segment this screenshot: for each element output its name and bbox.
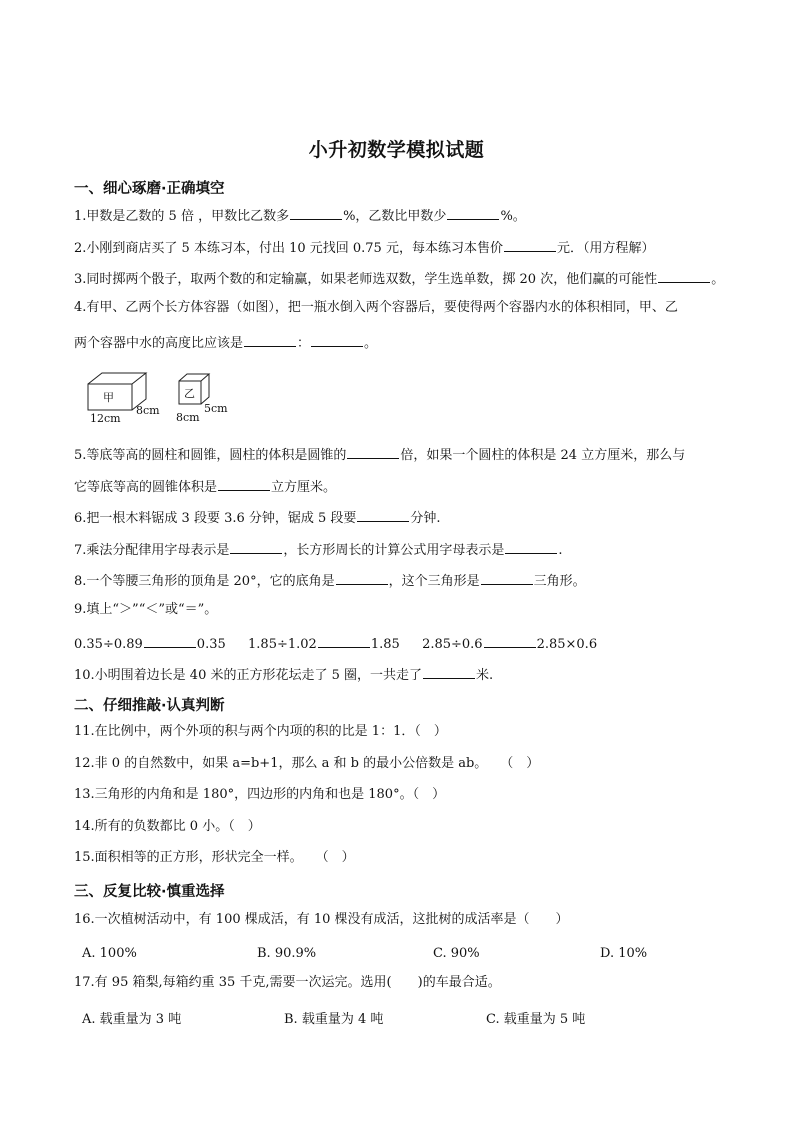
answer-blank[interactable] bbox=[290, 206, 342, 220]
q3-text: 。 bbox=[711, 272, 724, 287]
answer-blank[interactable] bbox=[318, 634, 370, 648]
box2-depth: 5cm bbox=[204, 402, 228, 415]
q16-option-a[interactable]: A. 100% bbox=[82, 946, 137, 961]
question-7: 7.乘法分配律用字母表示是，长方形周长的计算公式用字母表示是. bbox=[74, 540, 563, 559]
expression: 1.85 bbox=[371, 637, 400, 652]
q4-text: 两个容器中水的高度比应该是 bbox=[74, 336, 243, 351]
q4-text: ： bbox=[297, 336, 310, 351]
box1-depth: 8cm bbox=[136, 404, 160, 417]
question-14: 14.所有的负数都比 0 小。（ ） bbox=[74, 819, 261, 835]
question-10: 10.小明围着边长是 40 米的正方形花坛走了 5 圈，一共走了米. bbox=[74, 665, 493, 684]
question-9-expressions: 0.35÷0.890.35 1.85÷1.021.85 2.85÷0.62.85… bbox=[74, 634, 597, 653]
q16-option-d[interactable]: D. 10% bbox=[600, 946, 647, 961]
answer-blank[interactable] bbox=[144, 634, 196, 648]
box2-label: 乙 bbox=[184, 385, 195, 401]
section-heading-fill-blank: 一、细心琢磨·正确填空 bbox=[74, 177, 225, 198]
q8-text: 8.一个等腰三角形的顶角是 20°，它的底角是 bbox=[74, 574, 335, 589]
q17-option-a[interactable]: A. 载重量为 3 吨 bbox=[82, 1008, 181, 1027]
page-title: 小升初数学模拟试题 bbox=[0, 135, 793, 162]
question-12: 12.非 0 的自然数中，如果 a=b+1，那么 a 和 b 的最小公倍数是 a… bbox=[74, 756, 539, 772]
box1-label: 甲 bbox=[103, 389, 114, 405]
q5-text: 5.等底等高的圆柱和圆锥，圆柱的体积是圆锥的 bbox=[74, 448, 346, 463]
q1-text: %。 bbox=[500, 209, 525, 224]
q5-text: 立方厘米。 bbox=[271, 480, 336, 495]
q10-text: 10.小明围着边长是 40 米的正方形花坛走了 5 圈，一共走了 bbox=[74, 668, 422, 683]
q10-text: 米. bbox=[476, 668, 493, 683]
q16-option-b[interactable]: B. 90.9% bbox=[257, 946, 316, 961]
question-3: 3.同时掷两个骰子，取两个数的和定输赢，如果老师选双数，学生选单数，掷 20 次… bbox=[74, 269, 724, 288]
q16-option-c[interactable]: C. 90% bbox=[433, 946, 480, 961]
expression: 2.85÷0.6 bbox=[422, 637, 483, 652]
box1-width: 12cm bbox=[90, 412, 121, 425]
answer-blank[interactable] bbox=[505, 540, 557, 554]
q2-text: 2.小刚到商店买了 5 本练习本，付出 10 元找回 0.75 元，每本练习本售… bbox=[74, 241, 503, 256]
q2-text: 元．（用方程解） bbox=[557, 241, 655, 256]
container-figure: 甲 12cm 8cm 乙 8cm 5cm bbox=[82, 367, 242, 427]
box2-width: 8cm bbox=[176, 411, 200, 424]
q7-text: ，长方形周长的计算公式用字母表示是 bbox=[283, 543, 504, 558]
answer-blank[interactable] bbox=[336, 571, 388, 585]
q7-text: . bbox=[558, 543, 562, 558]
q8-text: ，这个三角形是 bbox=[389, 574, 480, 589]
answer-blank[interactable] bbox=[357, 508, 409, 522]
q6-text: 分钟. bbox=[410, 511, 440, 526]
question-11: 11.在比例中，两个外项的积与两个内项的积的比是 1：1．（ ） bbox=[74, 724, 447, 740]
question-16: 16.一次植树活动中，有 100 棵成活，有 10 棵没有成活，这批树的成活率是… bbox=[74, 912, 569, 928]
q5-text: 倍，如果一个圆柱的体积是 24 立方厘米，那么与 bbox=[400, 448, 685, 463]
q1-text: %，乙数比甲数少 bbox=[343, 209, 446, 224]
question-17: 17.有 95 箱梨,每箱约重 35 千克,需要一次运完。选用( )的车最合适。 bbox=[74, 975, 501, 991]
q4-text: 。 bbox=[364, 336, 377, 351]
expression: 1.85÷1.02 bbox=[248, 637, 317, 652]
question-2: 2.小刚到商店买了 5 本练习本，付出 10 元找回 0.75 元，每本练习本售… bbox=[74, 238, 654, 257]
answer-blank[interactable] bbox=[481, 571, 533, 585]
q17-option-c[interactable]: C. 载重量为 5 吨 bbox=[486, 1008, 585, 1027]
q8-text: 三角形。 bbox=[534, 574, 586, 589]
question-5-line1: 5.等底等高的圆柱和圆锥，圆柱的体积是圆锥的倍，如果一个圆柱的体积是 24 立方… bbox=[74, 445, 685, 464]
q7-text: 7.乘法分配律用字母表示是 bbox=[74, 543, 229, 558]
section-heading-judge: 二、仔细推敲·认真判断 bbox=[74, 694, 225, 715]
answer-blank[interactable] bbox=[218, 477, 270, 491]
answer-blank[interactable] bbox=[244, 333, 296, 347]
question-4-line1: 4.有甲、乙两个长方体容器（如图），把一瓶水倒入两个容器后，要使得两个容器内水的… bbox=[74, 300, 678, 316]
q1-text: 1.甲数是乙数的 5 倍 ，甲数比乙数多 bbox=[74, 209, 289, 224]
answer-blank[interactable] bbox=[447, 206, 499, 220]
question-15: 15.面积相等的正方形，形状完全一样。 （ ） bbox=[74, 850, 355, 866]
expression: 0.35 bbox=[197, 637, 226, 652]
q5-text: 它等底等高的圆锥体积是 bbox=[74, 480, 217, 495]
answer-blank[interactable] bbox=[658, 269, 710, 283]
question-4-line2: 两个容器中水的高度比应该是：。 bbox=[74, 333, 377, 352]
question-9: 9.填上“＞”“＜”或“＝”。 bbox=[74, 602, 217, 618]
answer-blank[interactable] bbox=[484, 634, 536, 648]
expression: 0.35÷0.89 bbox=[74, 637, 143, 652]
question-6: 6.把一根木料锯成 3 段要 3.6 分钟，锯成 5 段要分钟. bbox=[74, 508, 441, 527]
answer-blank[interactable] bbox=[311, 333, 363, 347]
section-heading-choice: 三、反复比较·慎重选择 bbox=[74, 880, 225, 901]
question-8: 8.一个等腰三角形的顶角是 20°，它的底角是，这个三角形是三角形。 bbox=[74, 571, 586, 590]
q17-option-b[interactable]: B. 载重量为 4 吨 bbox=[284, 1008, 383, 1027]
answer-blank[interactable] bbox=[504, 238, 556, 252]
expression: 2.85×0.6 bbox=[537, 637, 598, 652]
question-5-line2: 它等底等高的圆锥体积是立方厘米。 bbox=[74, 477, 336, 496]
question-1: 1.甲数是乙数的 5 倍 ，甲数比乙数多%，乙数比甲数少%。 bbox=[74, 206, 526, 225]
answer-blank[interactable] bbox=[347, 445, 399, 459]
answer-blank[interactable] bbox=[423, 665, 475, 679]
answer-blank[interactable] bbox=[230, 540, 282, 554]
q6-text: 6.把一根木料锯成 3 段要 3.6 分钟，锯成 5 段要 bbox=[74, 511, 356, 526]
q3-text: 3.同时掷两个骰子，取两个数的和定输赢，如果老师选双数，学生选单数，掷 20 次… bbox=[74, 272, 657, 287]
question-13: 13.三角形的内角和是 180°，四边形的内角和也是 180°。（ ） bbox=[74, 787, 445, 803]
